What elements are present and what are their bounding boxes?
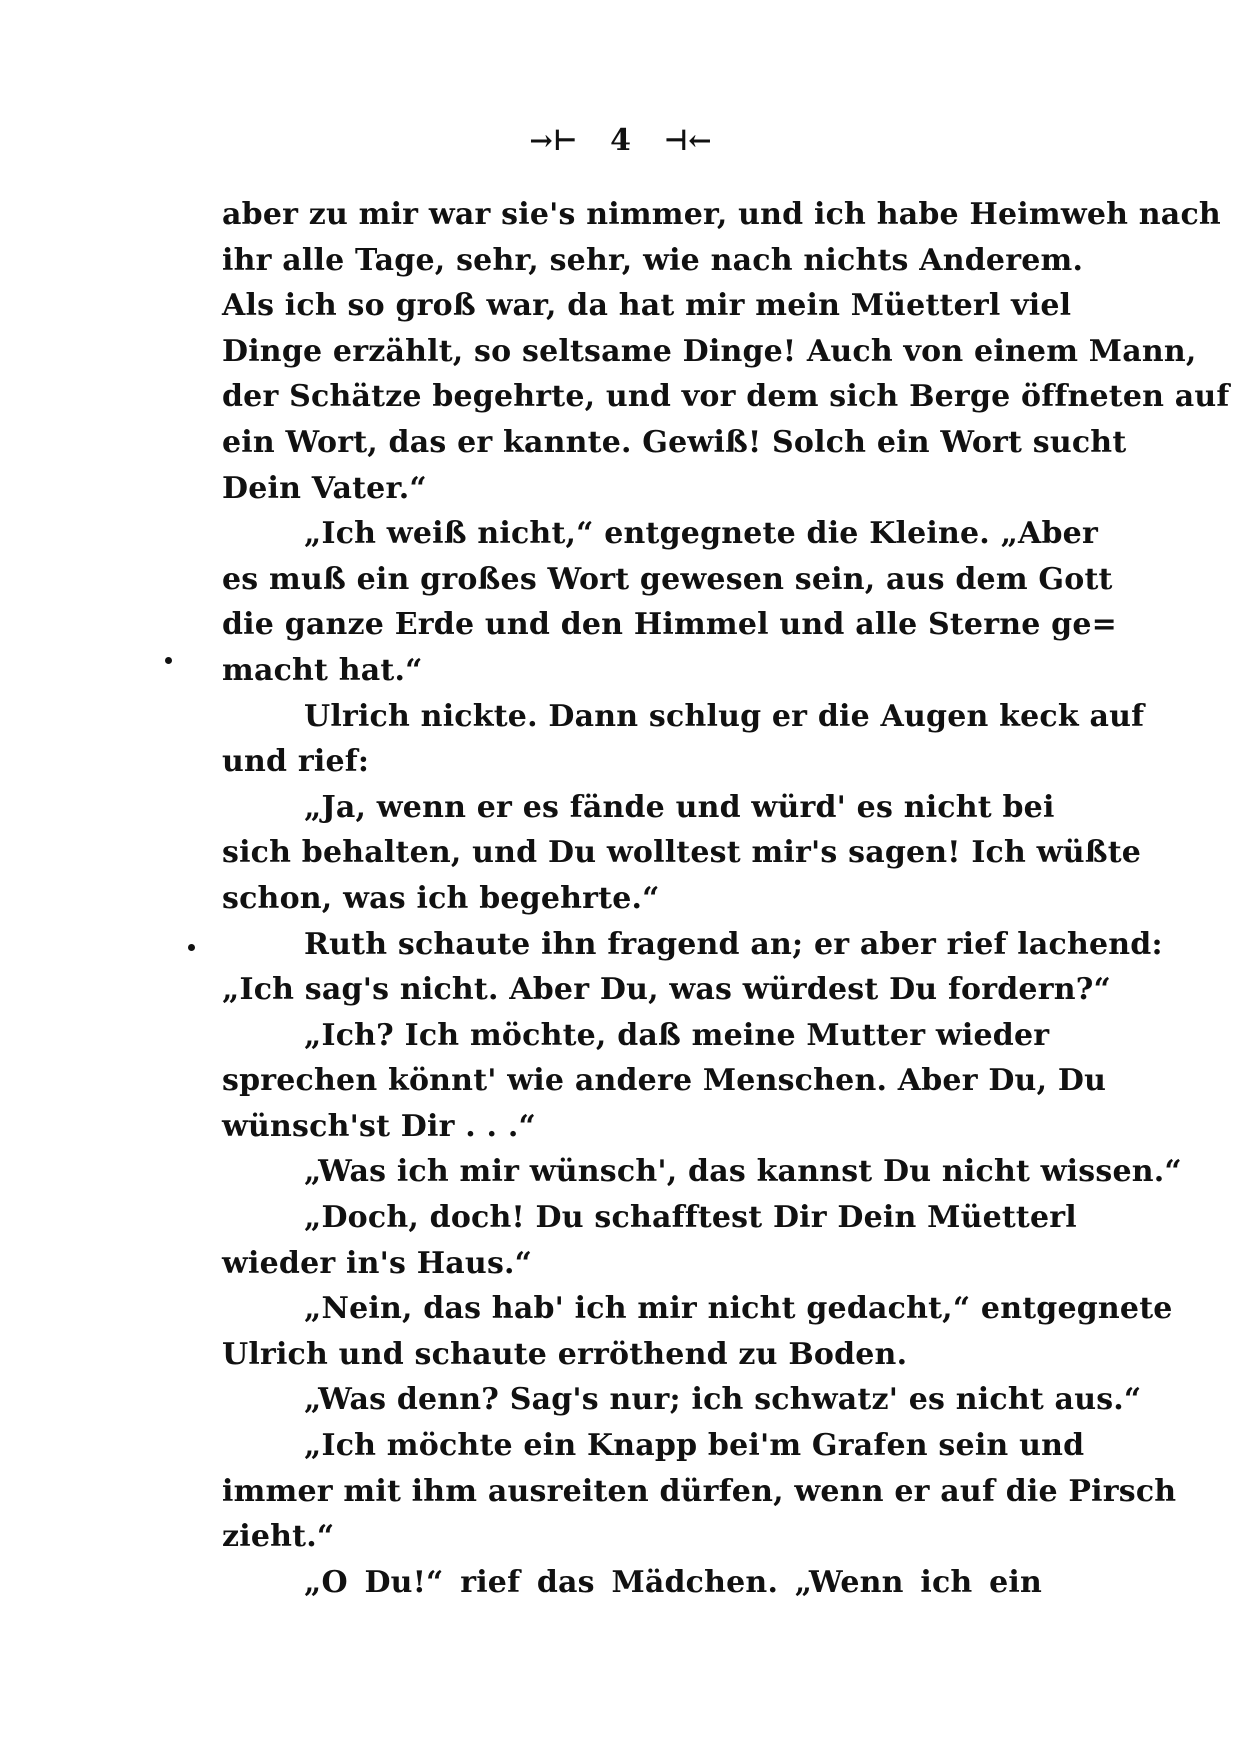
page-number: 4 — [610, 119, 631, 163]
text-line: Dein Vater.“ — [222, 466, 1042, 512]
body-text: aber zu mir war sie's nimmer, und ich ha… — [222, 192, 1042, 1605]
text-line: aber zu mir war sie's nimmer, und ich ha… — [222, 192, 1042, 238]
text-line: „Ich sag's nicht. Aber Du, was würdest D… — [222, 967, 1042, 1013]
book-page: →⊢ 4 ⊣← aber zu mir war sie's nimmer, un… — [0, 0, 1241, 1754]
text-line: macht hat.“ — [222, 648, 1042, 694]
text-line: „Nein, das hab' ich mir nicht gedacht,“ … — [222, 1286, 1042, 1332]
text-line: wünsch'st Dir . . .“ — [222, 1104, 1042, 1150]
text-line: Dinge erzählt, so seltsame Dinge! Auch v… — [222, 329, 1042, 375]
text-line: Ulrich und schaute erröthend zu Boden. — [222, 1332, 1042, 1378]
margin-speck — [188, 944, 195, 951]
text-line: immer mit ihm ausreiten dürfen, wenn er … — [222, 1469, 1042, 1515]
text-line: „Ja, wenn er es fände und würd' es nicht… — [222, 785, 1042, 831]
text-line: „Doch, doch! Du schafftest Dir Dein Müet… — [222, 1195, 1042, 1241]
text-line: Als ich so groß war, da hat mir mein Müe… — [222, 283, 1042, 329]
text-line: es muß ein großes Wort gewesen sein, aus… — [222, 557, 1042, 603]
text-line: „Ich? Ich möchte, daß meine Mutter wiede… — [222, 1013, 1042, 1059]
text-line: und rief: — [222, 739, 1042, 785]
text-line: „Ich weiß nicht,“ entgegnete die Kleine.… — [222, 511, 1042, 557]
text-line: die ganze Erde und den Himmel und alle S… — [222, 602, 1042, 648]
text-line: ein Wort, das er kannte. Gewiß! Solch ei… — [222, 420, 1042, 466]
margin-speck — [165, 657, 172, 664]
text-line: „O Du!“ rief das Mädchen. „Wenn ich ein — [222, 1560, 1042, 1606]
arrow-ornament-right-icon: ⊣← — [663, 119, 711, 163]
text-line: „Was denn? Sag's nur; ich schwatz' es ni… — [222, 1377, 1042, 1423]
text-line: wieder in's Haus.“ — [222, 1241, 1042, 1287]
text-line: zieht.“ — [222, 1514, 1042, 1560]
text-line: Ulrich nickte. Dann schlug er die Augen … — [222, 694, 1042, 740]
text-line: „Ich möchte ein Knapp bei'm Grafen sein … — [222, 1423, 1042, 1469]
text-line: sprechen könnt' wie andere Menschen. Abe… — [222, 1058, 1042, 1104]
text-line: der Schätze begehrte, und vor dem sich B… — [222, 374, 1042, 420]
text-line: „Was ich mir wünsch', das kannst Du nich… — [222, 1149, 1042, 1195]
text-line: sich behalten, und Du wolltest mir's sag… — [222, 830, 1042, 876]
arrow-ornament-left-icon: →⊢ — [529, 119, 577, 163]
text-line: schon, was ich begehrte.“ — [222, 876, 1042, 922]
page-header: →⊢ 4 ⊣← — [0, 118, 1241, 162]
text-line: ihr alle Tage, sehr, sehr, wie nach nich… — [222, 238, 1042, 284]
text-line: Ruth schaute ihn fragend an; er aber rie… — [222, 922, 1042, 968]
